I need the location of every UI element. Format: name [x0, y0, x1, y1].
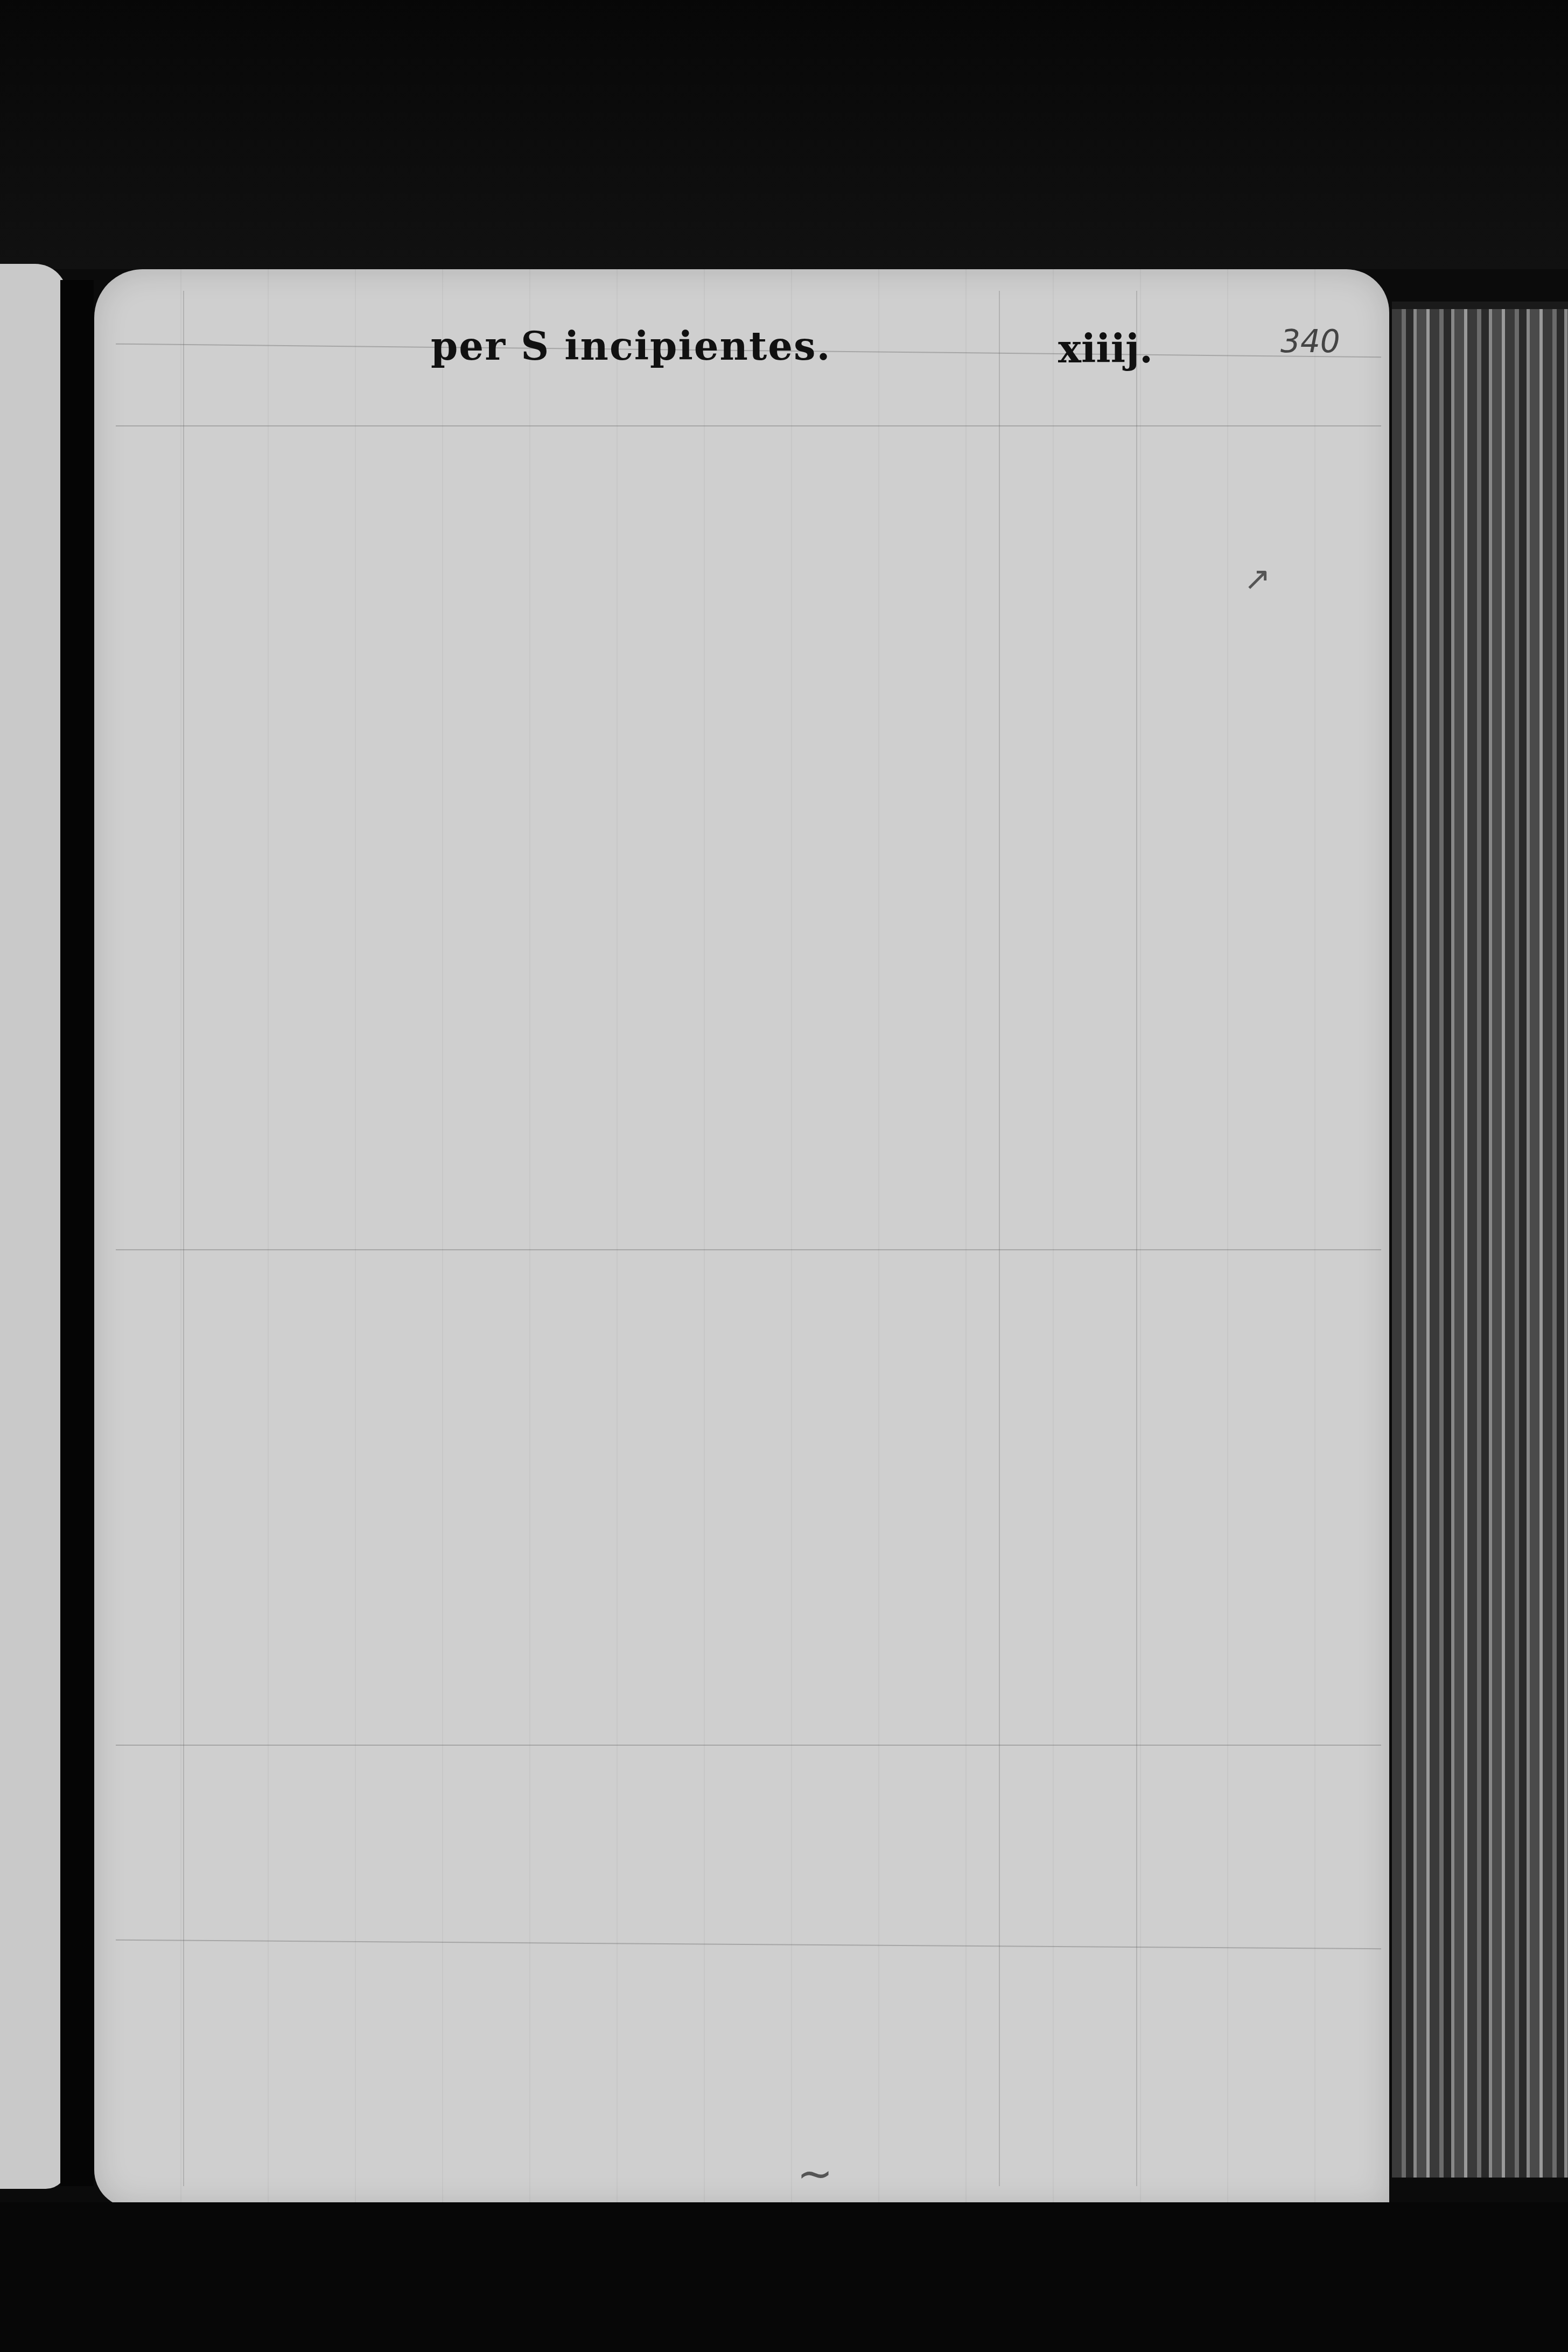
book-gutter [60, 280, 94, 2186]
scan-background-top [0, 0, 1568, 269]
ruled-margin-left [183, 291, 184, 2186]
ruled-column-divider [999, 291, 1000, 2186]
scan-background-bottom [0, 2202, 1568, 2352]
ruled-margin-right [1136, 291, 1137, 2186]
ruled-line-lower [116, 1745, 1381, 1746]
folio-numeral: xiiij. [1058, 326, 1153, 372]
handwritten-page-number: 340 [1280, 323, 1340, 360]
ruled-line-header [116, 425, 1381, 426]
pencil-mark-icon: ↗ [1244, 560, 1271, 598]
running-head: per S incipientes. [431, 323, 831, 369]
right-page [94, 269, 1389, 2208]
left-page-edge [0, 264, 67, 2189]
book-fore-edge [1392, 302, 1568, 2178]
ruled-line-middle [116, 1249, 1381, 1250]
pencil-squiggle-icon: ~ [797, 2148, 833, 2199]
ruled-line-bottom [116, 1940, 1381, 1949]
